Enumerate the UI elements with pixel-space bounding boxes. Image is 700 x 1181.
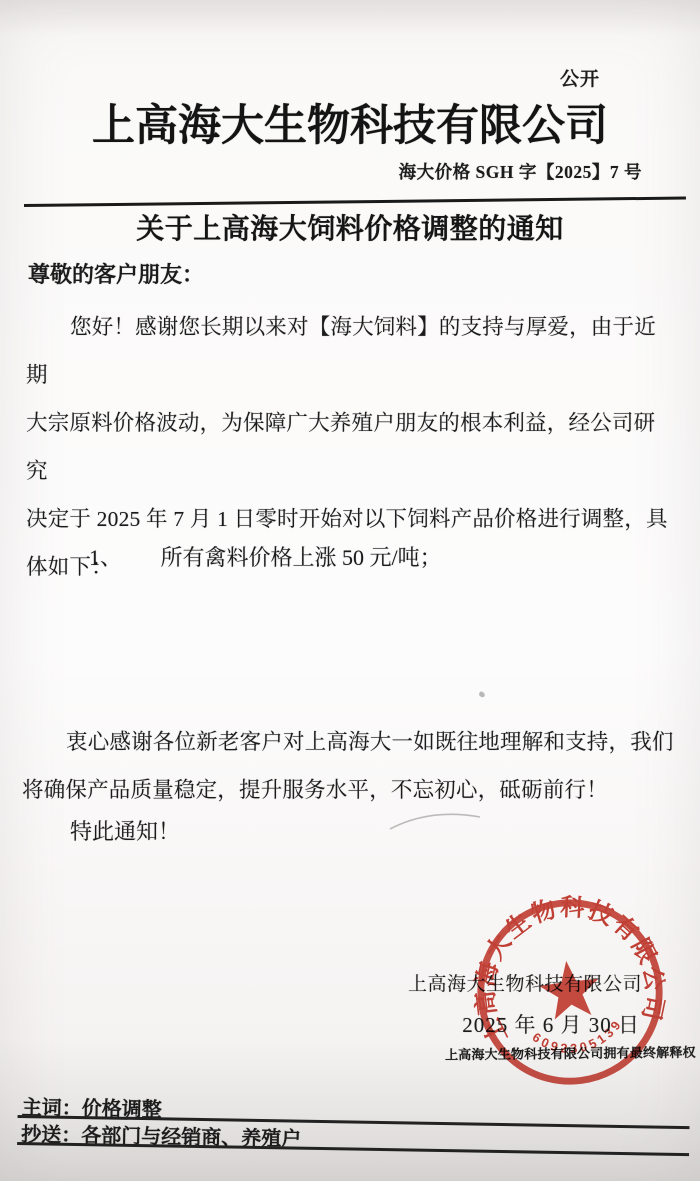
letterhead-divider-rule <box>24 196 686 207</box>
cc-underline <box>17 1142 689 1156</box>
paragraph-line: 衷心感谢各位新老客户对上高海大一如既往地理解和支持，我们 <box>22 718 678 766</box>
company-letterhead-title: 上高海大生物科技有限公司 <box>0 92 700 153</box>
company-seal: 上高海大生物科技有限公司 6092305139 <box>461 883 679 1101</box>
price-adjustment-item: 1、 所有禽料价格上涨 50 元/吨； <box>89 541 442 572</box>
paragraph-line: 大宗原料价格波动，为保障广大养殖户朋友的根本利益，经公司研究 <box>26 399 676 495</box>
paper-speck <box>478 691 486 698</box>
document-footer: 主词：价格调整 抄送：各部门与经销商、养殖户 <box>0 1091 700 1173</box>
body-paragraph-2: 衷心感谢各位新老客户对上高海大一如既往地理解和支持，我们 将确保产品质量稳定，提… <box>22 718 678 814</box>
seal-star-icon <box>537 957 603 1021</box>
item-text: 所有禽料价格上涨 50 元/吨； <box>161 541 442 572</box>
document-number: 海大价格 SGH 字【2025】7 号 <box>399 159 642 184</box>
paragraph-line: 将确保产品质量稳定，提升服务水平，不忘初心，砥砺前行！ <box>22 766 678 814</box>
closing-note: 特此通知！ <box>70 815 180 846</box>
paragraph-line: 决定于 2025 年 7 月 1 日零时开始对以下饲料产品价格进行调整，具 <box>26 495 676 543</box>
document-page: 公开 上高海大生物科技有限公司 海大价格 SGH 字【2025】7 号 关于上高… <box>0 0 700 1181</box>
notice-title: 关于上高海大饲料价格调整的通知 <box>0 207 700 247</box>
paragraph-line: 您好！感谢您长期以来对【海大饲料】的支持与厚爱，由于近期 <box>26 303 676 399</box>
svg-text:6092305139: 6092305139 <box>528 1014 629 1061</box>
seal-serial-number: 6092305139 <box>528 1014 629 1061</box>
stray-pen-stroke <box>385 803 485 838</box>
salutation: 尊敬的客户朋友： <box>28 258 204 289</box>
item-number: 1、 <box>89 541 122 572</box>
classification-label: 公开 <box>560 64 600 91</box>
